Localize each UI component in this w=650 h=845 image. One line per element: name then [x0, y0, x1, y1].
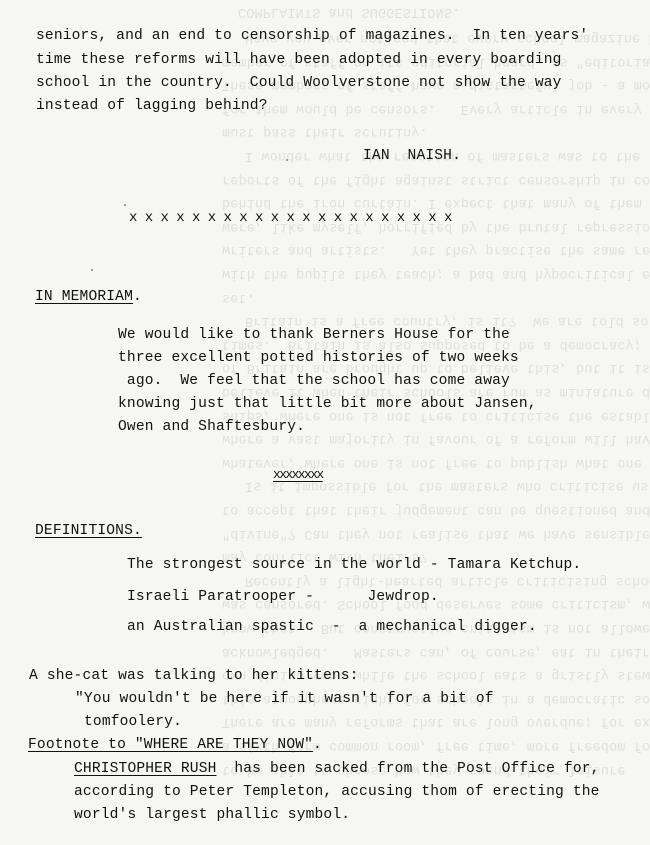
- joke-line-2: tomfoolery.: [84, 715, 182, 730]
- joke-setup: A she-cat was talking to her kittens:: [29, 669, 359, 684]
- in-memoriam-line-2: three excellent potted histories of two …: [118, 351, 519, 366]
- definition-item-1: The strongest source in the world - Tama…: [127, 558, 581, 573]
- ink-speck: [286, 159, 288, 161]
- show-through-line: for them would be censors. Every article…: [222, 101, 650, 116]
- show-through-line: behind the iron curtain. I expect that m…: [222, 195, 642, 210]
- show-through-line: to accept that their judgement can be qu…: [222, 502, 650, 517]
- ink-speck: [124, 204, 126, 206]
- show-through-line: acknowledged. Masters can, of course, ea…: [222, 644, 650, 659]
- footnote-heading: Footnote to "WHERE ARE THEY NOW".: [28, 738, 322, 753]
- intro-line-2: time these reforms will have been adopte…: [36, 53, 562, 68]
- in-memoriam-line-5: Owen and Shaftesbury.: [118, 420, 305, 435]
- ink-speck: [91, 269, 93, 271]
- show-through-line: with the pupils they teach; a bad and hy…: [222, 266, 650, 281]
- section-separator-long: xxxxxxxxxxxxxxxxxxxxx: [129, 211, 460, 225]
- footnote-heading-text: Footnote to "WHERE ARE THEY NOW": [28, 737, 313, 753]
- show-through-line: set.: [222, 290, 255, 305]
- show-through-line: Britain is a free country, is it? We are…: [245, 313, 650, 328]
- footnote-heading-punct: .: [313, 737, 322, 753]
- footnote-line-1: CHRISTOPHER RUSH has been sacked from th…: [74, 762, 600, 777]
- show-through-line: reports of the fight against strict cens…: [222, 172, 650, 187]
- show-through-line: must pass their scrutiny.: [222, 124, 428, 139]
- footnote-line-3: world's largest phallic symbol.: [74, 808, 350, 823]
- definitions-heading: DEFINITIONS.: [35, 524, 142, 539]
- show-through-line: "divine"? Can they not realise that we h…: [222, 526, 650, 541]
- intro-line-1: seniors, and an end to censorship of mag…: [36, 29, 588, 44]
- footnote-line-2: according to Peter Templeton, accusing t…: [74, 785, 600, 800]
- definition-item-2: Israeli Paratrooper - Jewdrop.: [127, 590, 439, 605]
- in-memoriam-line-3: ago. We feel that the school has come aw…: [118, 374, 510, 389]
- section-separator-short: xxxxxxxx: [273, 468, 323, 481]
- definition-item-3: an Australian spastic - a mechanical dig…: [127, 620, 537, 635]
- typewritten-page: COMPLAINTS and SUGGESTIONS. Have you eve…: [0, 0, 650, 845]
- in-memoriam-line-1: We would like to thank Berners House for…: [118, 328, 510, 343]
- footnote-name: CHRISTOPHER RUSH: [74, 761, 217, 777]
- intro-line-4: instead of lagging behind?: [36, 99, 268, 114]
- show-through-heading: COMPLAINTS and SUGGESTIONS.: [238, 4, 460, 19]
- in-memoriam-heading: IN MEMORIAM.: [35, 290, 142, 305]
- joke-line-1: "You wouldn't be here if it wasn't for a…: [75, 692, 494, 707]
- in-memoriam-line-4: knowing just that little bit more about …: [118, 397, 537, 412]
- show-through-line: writers and artists. Yet they practise t…: [222, 242, 650, 257]
- author-signature: IAN NAISH.: [363, 149, 461, 164]
- intro-line-3: school in the country. Could Woolverston…: [36, 76, 562, 91]
- show-through-line: Recently a light-hearted article critici…: [245, 573, 650, 588]
- in-memoriam-heading-punct: .: [133, 289, 142, 305]
- show-through-line: There are many reforms that are long ove…: [222, 714, 650, 729]
- in-memoriam-heading-text: IN MEMORIAM: [35, 289, 133, 305]
- footnote-line-1-rest: has been sacked from the Post Office for…: [217, 761, 600, 777]
